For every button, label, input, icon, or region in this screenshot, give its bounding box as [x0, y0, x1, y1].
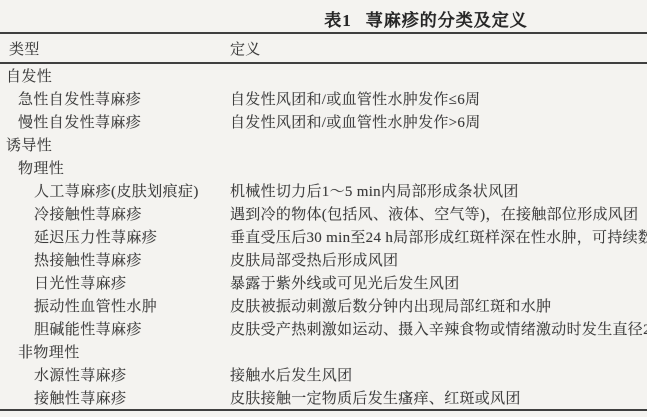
row-definition-cell: 垂直受压后30 min至24 h局部形成红斑样深在性水肿，可持续数 [230, 226, 647, 247]
table-row: 慢性自发性荨麻疹 自发性风团和/或血管性水肿发作>6周 [0, 110, 647, 133]
row-type-cell: 接触性荨麻疹 [0, 387, 230, 408]
row-definition-cell: 皮肤被振动刺激后数分钟内出现局部红斑和水肿 [230, 295, 551, 316]
row-type-cell: 诱导性 [0, 134, 230, 155]
table-figure: 表1荨麻疹的分类及定义 类型 定义 自发性 急性自发性荨麻疹 自发性风团和/或血… [0, 0, 647, 411]
table-row: 延迟压力性荨麻疹 垂直受压后30 min至24 h局部形成红斑样深在性水肿，可持… [0, 225, 647, 248]
row-type-cell: 振动性血管性水肿 [0, 295, 230, 316]
table-row: 胆碱能性荨麻疹 皮肤受产热刺激如运动、摄入辛辣食物或情绪激动时发生直径2 [0, 317, 647, 340]
row-type-cell: 日光性荨麻疹 [0, 272, 230, 293]
row-type-cell: 自发性 [0, 65, 230, 86]
row-definition-cell: 暴露于紫外线或可见光后发生风团 [230, 272, 460, 293]
table-body: 自发性 急性自发性荨麻疹 自发性风团和/或血管性水肿发作≤6周 慢性自发性荨麻疹… [0, 64, 647, 409]
row-type-cell: 热接触性荨麻疹 [0, 249, 230, 270]
row-type-cell: 水源性荨麻疹 [0, 364, 230, 385]
table-number: 表1 [324, 11, 352, 30]
row-type-cell: 急性自发性荨麻疹 [0, 88, 230, 109]
row-definition-cell: 自发性风团和/或血管性水肿发作>6周 [230, 111, 481, 132]
row-type-cell: 胆碱能性荨麻疹 [0, 318, 230, 339]
header-type-cell: 类型 [0, 38, 230, 59]
table-row: 振动性血管性水肿 皮肤被振动刺激后数分钟内出现局部红斑和水肿 [0, 294, 647, 317]
rule-bottom [0, 409, 647, 411]
table-title: 荨麻疹的分类及定义 [366, 11, 528, 30]
table-row: 急性自发性荨麻疹 自发性风团和/或血管性水肿发作≤6周 [0, 87, 647, 110]
row-type-cell: 非物理性 [0, 341, 230, 362]
scanned-paper-page: 表1荨麻疹的分类及定义 类型 定义 自发性 急性自发性荨麻疹 自发性风团和/或血… [0, 0, 647, 417]
row-definition-cell: 自发性风团和/或血管性水肿发作≤6周 [230, 88, 480, 109]
row-type-cell: 慢性自发性荨麻疹 [0, 111, 230, 132]
table-row: 物理性 [0, 156, 647, 179]
table-row: 诱导性 [0, 133, 647, 156]
table-row: 自发性 [0, 64, 647, 87]
table-row: 水源性荨麻疹 接触水后发生风团 [0, 363, 647, 386]
row-definition-cell: 皮肤接触一定物质后发生瘙痒、红斑或风团 [230, 387, 521, 408]
row-type-cell: 延迟压力性荨麻疹 [0, 226, 230, 247]
row-type-cell: 物理性 [0, 157, 230, 178]
table-caption: 表1荨麻疹的分类及定义 [0, 0, 647, 32]
row-type-cell: 人工荨麻疹(皮肤划痕症) [0, 180, 230, 201]
header-definition-cell: 定义 [230, 38, 261, 59]
row-definition-cell: 遇到冷的物体(包括风、液体、空气等)，在接触部位形成风团 [230, 203, 638, 224]
row-definition-cell: 接触水后发生风团 [230, 364, 352, 385]
row-definition-cell: 皮肤局部受热后形成风团 [230, 249, 398, 270]
table-row: 人工荨麻疹(皮肤划痕症) 机械性切力后1～5 min内局部形成条状风团 [0, 179, 647, 202]
row-definition-cell: 机械性切力后1～5 min内局部形成条状风团 [230, 180, 519, 201]
table-row: 冷接触性荨麻疹 遇到冷的物体(包括风、液体、空气等)，在接触部位形成风团 [0, 202, 647, 225]
table-header-row: 类型 定义 [0, 34, 647, 62]
row-type-cell: 冷接触性荨麻疹 [0, 203, 230, 224]
table-row: 日光性荨麻疹 暴露于紫外线或可见光后发生风团 [0, 271, 647, 294]
table-row: 接触性荨麻疹 皮肤接触一定物质后发生瘙痒、红斑或风团 [0, 386, 647, 409]
table-row: 热接触性荨麻疹 皮肤局部受热后形成风团 [0, 248, 647, 271]
row-definition-cell: 皮肤受产热刺激如运动、摄入辛辣食物或情绪激动时发生直径2 [230, 318, 647, 339]
table-row: 非物理性 [0, 340, 647, 363]
